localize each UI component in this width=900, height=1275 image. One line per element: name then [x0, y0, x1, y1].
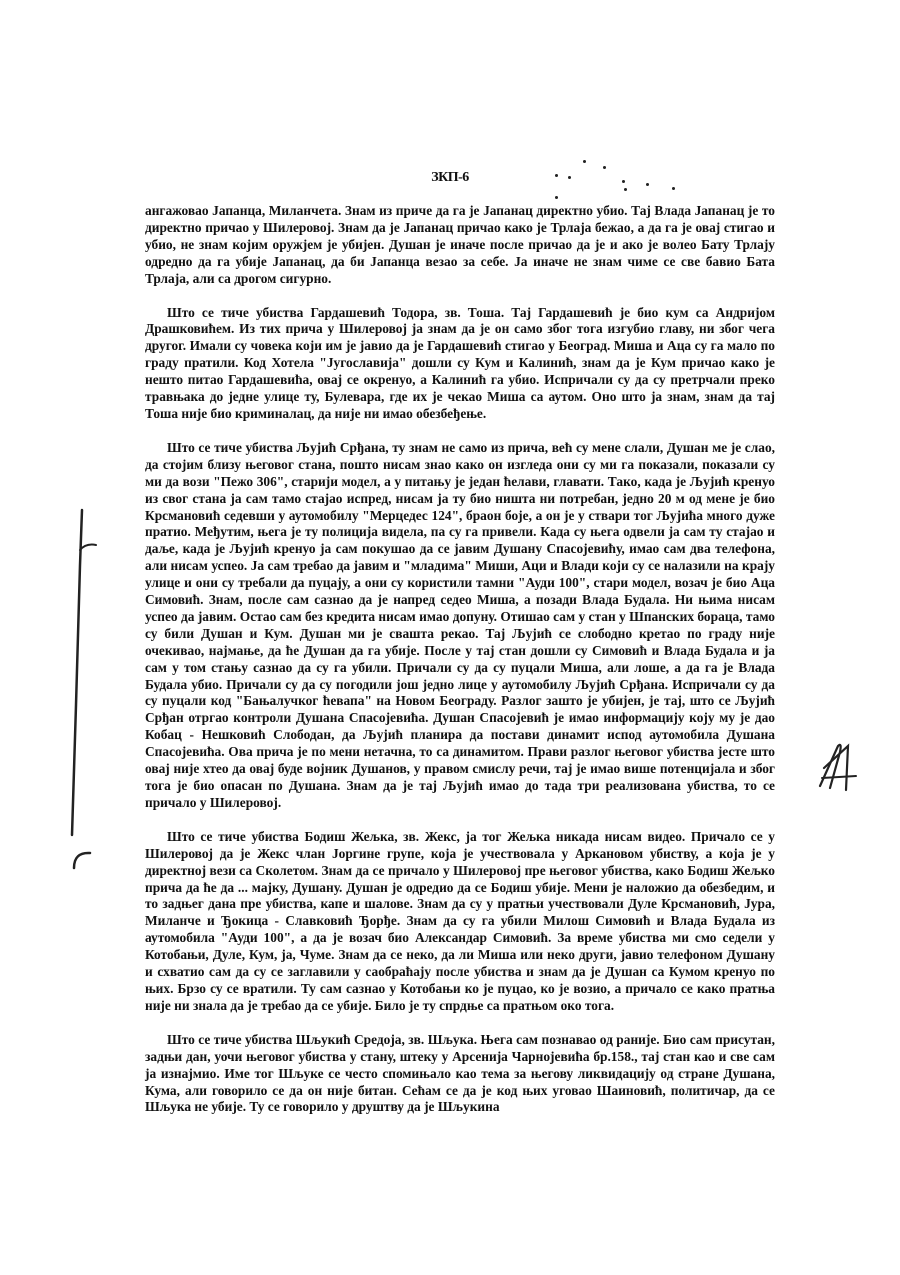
signature-initials-icon: [812, 738, 862, 798]
document-body: ангажовао Јапанца, Миланчета. Знам из пр…: [145, 203, 775, 1116]
paragraph: Што се тиче убиства Гардашевић Тодора, з…: [145, 305, 775, 423]
paragraph: Што се тиче убиства Бодиш Жељка, зв. Жек…: [145, 829, 775, 1015]
paragraph: Што се тиче убиства Љујић Срђана, ту зна…: [145, 440, 775, 812]
paragraph: Што се тиче убиства Шљукић Средоја, зв. …: [145, 1032, 775, 1117]
handwritten-arc-mark-icon: [68, 848, 98, 872]
handwritten-margin-line-icon: [50, 505, 100, 845]
document-page: ЗКП-6 ангажовао Јапанца, Миланчета. Знам…: [0, 0, 900, 1275]
paragraph: ангажовао Јапанца, Миланчета. Знам из пр…: [145, 203, 775, 288]
page-header: ЗКП-6: [0, 170, 900, 186]
